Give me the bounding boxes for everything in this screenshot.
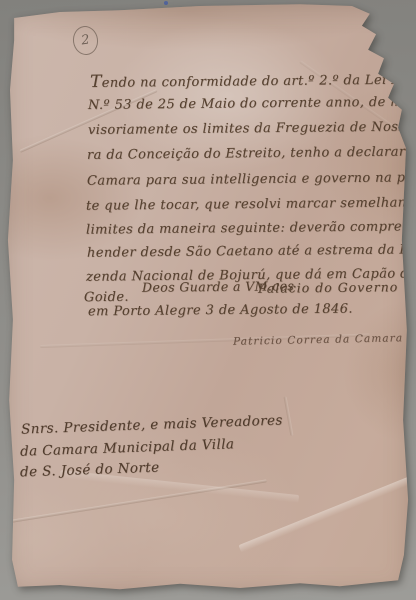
body-line-10: Goide. [84, 290, 129, 305]
body-line-8: hender desde São Caetano até a estrema d… [87, 242, 416, 260]
pencil-page-number-circle: 2 [71, 24, 100, 56]
address-line-1: Snrs. Presidente, e mais Vereadores [21, 412, 283, 437]
body-line-1: Tendo na conformidade do art.º 2.º da Le… [90, 68, 416, 92]
document-paper: 2 Tendo na conformidade do art.º 2.º da … [0, 0, 416, 600]
body-line-7: limites da maneira seguinte: deverão com… [86, 219, 407, 237]
crease-line [284, 396, 294, 436]
body-line-6: te que lhe tocar, que resolvi marcar sem… [86, 195, 416, 214]
closing-place: Palacio do Governo [258, 279, 398, 295]
photo-background: 2 Tendo na conformidade do art.º 2.º da … [0, 0, 416, 600]
closing-date-line: em Porto Alegre 3 de Agosto de 1846. [88, 302, 353, 320]
paper-shadow-wrapper: 2 Tendo na conformidade do art.º 2.º da … [0, 0, 416, 600]
body-line-3: visoriamente os limites da Freguezia de … [88, 119, 416, 138]
crease-line [239, 474, 416, 553]
pencil-page-number: 2 [80, 32, 90, 48]
body-line-4: ra da Conceição do Estreito, tenho a dec… [87, 144, 416, 163]
address-line-2: da Camara Municipal da Villa [20, 436, 235, 459]
signature: Patricio Correa da Camara [233, 332, 403, 348]
body-line-5: Camara para sua intelligencia e governo … [87, 170, 416, 189]
